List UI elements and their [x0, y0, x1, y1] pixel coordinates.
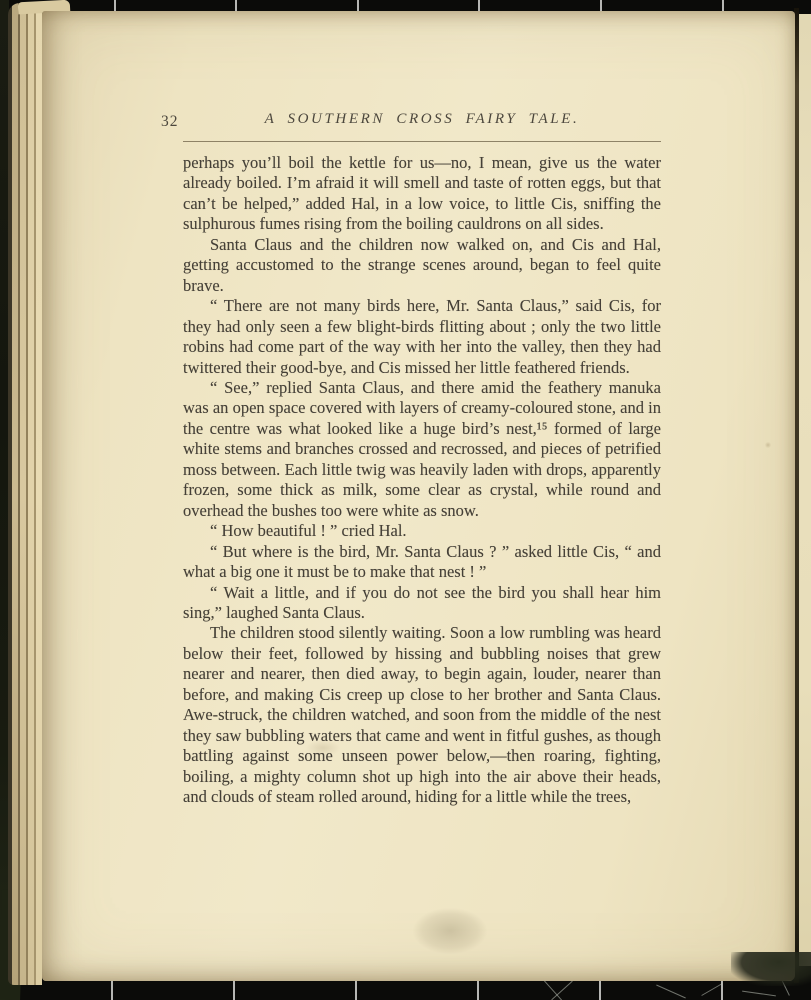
registration-tick: [355, 981, 357, 1000]
scratch-mark: [701, 983, 722, 996]
page-content: 32 A SOUTHERN CROSS FAIRY TALE. perhaps …: [183, 111, 661, 808]
paper-stain: [400, 900, 500, 962]
paragraph: “ There are not many birds here, Mr. San…: [183, 296, 661, 378]
paragraph: “ See,” replied Santa Claus, and there a…: [183, 378, 661, 521]
paragraph: “ But where is the bird, Mr. Santa Claus…: [183, 542, 661, 583]
book-page: 32 A SOUTHERN CROSS FAIRY TALE. perhaps …: [42, 11, 795, 981]
running-header: 32 A SOUTHERN CROSS FAIRY TALE.: [183, 111, 661, 133]
edge-debris: [731, 952, 811, 986]
running-title: A SOUTHERN CROSS FAIRY TALE.: [183, 111, 661, 128]
scratch-mark: [656, 985, 686, 999]
scratch-mark: [551, 981, 572, 1000]
paragraph: perhaps you’ll boil the kettle for us—no…: [183, 153, 661, 235]
registration-tick: [599, 981, 601, 1000]
paper-stain: [764, 441, 772, 449]
page-number: 32: [161, 113, 179, 131]
registration-tick: [233, 981, 235, 1000]
next-page-sliver: [799, 14, 811, 966]
paragraph: The children stood silently waiting. Soo…: [183, 623, 661, 807]
page-edge-stack: [8, 3, 42, 985]
paragraph: “ Wait a little, and if you do not see t…: [183, 583, 661, 624]
paragraph: Santa Claus and the children now walked …: [183, 235, 661, 296]
page-text: perhaps you’ll boil the kettle for us—no…: [183, 153, 661, 808]
header-rule: [183, 141, 661, 142]
scratch-mark: [742, 991, 776, 997]
registration-tick: [111, 981, 113, 1000]
registration-tick: [477, 981, 479, 1000]
paragraph: “ How beautiful ! ” cried Hal.: [183, 521, 661, 541]
